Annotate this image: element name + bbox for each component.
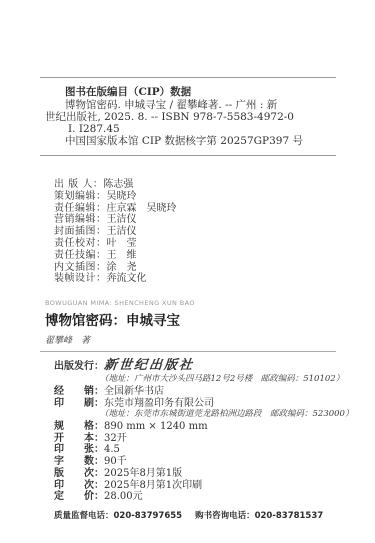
staff-row: 责任编辑：庄京霖 吴晓玲 (54, 203, 336, 215)
title-block: BOWUGUAN MIMA: SHENCHENG XUN BAO 博物馆密码：申… (45, 299, 336, 346)
publishing-row: 版 次：2025年8月第1版 (54, 468, 336, 480)
cip-line: Ⅰ. I287.45 (68, 123, 336, 135)
staff-person-name: 王 维 (107, 250, 137, 261)
staff-person-name: 吴晓玲 (107, 191, 137, 202)
book-title: 博物馆密码：申城寻宝 (45, 309, 336, 329)
publishing-field-value: 2025年8月第1版 (104, 468, 182, 479)
title-pinyin: BOWUGUAN MIMA: SHENCHENG XUN BAO (45, 299, 336, 307)
address-line: （地址：广州市大沙头四马路12号2号楼 邮政编码：510102） (100, 374, 336, 386)
copyright-page: 图书在版编目（CIP）数据 博物馆密码. 申城寻宝 / 翟攀峰著. -- 广州 … (0, 0, 375, 543)
publishing-row: 出版发行：新世纪出版社 (54, 358, 336, 374)
staff-person-name: 奔流文化 (107, 273, 147, 284)
staff-role-label: 责任技编： (54, 250, 107, 261)
staff-row: 营销编辑：王洁仪 (54, 214, 336, 226)
staff-role-label: 责任校对： (54, 238, 107, 249)
staff-role-label: 责任编辑： (54, 203, 107, 214)
cip-line: 博物馆密码. 申城寻宝 / 翟攀峰著. -- 广州 : 新 (65, 99, 336, 111)
staff-role-label: 内文插图： (54, 262, 107, 273)
publishing-field-label: 经 销： (54, 386, 104, 397)
page-content: 图书在版编目（CIP）数据 博物馆密码. 申城寻宝 / 翟攀峰著. -- 广州 … (40, 0, 336, 521)
staff-person-name: 涂 尧 (107, 262, 137, 273)
publishing-field-value: 90千 (104, 456, 127, 467)
publishing-field-label: 印 张： (54, 444, 104, 455)
cip-line: 世纪出版社, 2025. 8. -- ISBN 978-7-5583-4972-… (45, 111, 336, 123)
publishing-row: 字 数：90千 (54, 456, 336, 468)
author-line: 翟攀峰 著 (45, 333, 336, 346)
publishing-field-label: 字 数： (54, 456, 104, 467)
publishing-field-value: 东莞市翔盈印务有限公司 (104, 398, 214, 409)
publishing-row: 印 刷：东莞市翔盈印务有限公司 (54, 398, 336, 410)
publishing-row: 印 次：2025年8月第1次印刷 (54, 480, 336, 492)
staff-row: 封面插图：王洁仪 (54, 226, 336, 238)
publishing-field-value: 全国新华书店 (104, 386, 164, 397)
publishing-field-value: 890 mm × 1240 mm (104, 421, 208, 432)
publishing-field-value: 28.00元 (104, 491, 143, 502)
cip-line: 中国国家版本馆 CIP 数据核字第 20257GP397 号 (65, 135, 336, 147)
publishing-field-value: 32开 (104, 433, 127, 444)
publishing-row: 经 销：全国新华书店 (54, 386, 336, 398)
publishing-field-label: 开 本： (54, 433, 104, 444)
staff-person-name: 王洁仪 (107, 226, 137, 237)
publishing-field-label: 印 次： (54, 480, 104, 491)
staff-person-name: 陈志强 (103, 179, 133, 190)
top-spacer (40, 0, 336, 77)
staff-person-name: 庄京霖 吴晓玲 (107, 203, 177, 214)
cip-bottom-divider (40, 155, 336, 156)
staff-role-label: 装帧设计： (54, 273, 107, 284)
publishing-field-label: 印 刷： (54, 398, 104, 409)
staff-person-name: 王洁仪 (107, 214, 137, 225)
publishing-field-label: 版 次： (54, 468, 104, 479)
purchase-phone: 购书咨询电话：020-83781537 (195, 511, 323, 521)
staff-list: 出 版 人：陈志强策划编辑：吴晓玲责任编辑：庄京霖 吴晓玲营销编辑：王洁仪封面插… (54, 179, 336, 285)
publishing-row: 开 本：32开 (54, 433, 336, 445)
staff-role-label: 营销编辑： (54, 214, 107, 225)
publisher-name-script: 新世纪出版社 (103, 358, 195, 374)
publishing-row: 印 张：4.5 (54, 444, 336, 456)
staff-role-label: 出 版 人： (54, 179, 103, 190)
publishing-field-value: 4.5 (104, 444, 120, 455)
staff-row: 策划编辑：吴晓玲 (54, 191, 336, 203)
footer-phones: 质量监督电话：020-83797655购书咨询电话：020-83781537 (54, 509, 336, 521)
quality-phone: 质量监督电话：020-83797655 (54, 511, 182, 521)
staff-role-label: 封面插图： (54, 226, 107, 237)
publishing-info: 出版发行：新世纪出版社（地址：广州市大沙头四马路12号2号楼 邮政编码：5101… (54, 358, 336, 503)
cip-block: 图书在版编目（CIP）数据 博物馆密码. 申城寻宝 / 翟攀峰著. -- 广州 … (40, 78, 336, 155)
cip-heading: 图书在版编目（CIP）数据 (65, 86, 336, 98)
staff-person-name: 叶 莹 (107, 238, 137, 249)
staff-row: 责任校对：叶 莹 (54, 238, 336, 250)
publishing-field-label: 规 格： (54, 421, 104, 432)
staff-row: 出 版 人：陈志强 (54, 179, 336, 191)
title-bottom-divider (40, 351, 336, 352)
address-line: （地址：东莞市东城街道莞龙路柏洲边路段 邮政编码：523000） (100, 409, 336, 421)
staff-row: 责任技编：王 维 (54, 250, 336, 262)
publishing-field-value: 2025年8月第1次印刷 (104, 480, 202, 491)
publishing-field-label: 定 价： (54, 491, 104, 502)
staff-role-label: 策划编辑： (54, 191, 107, 202)
staff-row: 内文插图：涂 尧 (54, 262, 336, 274)
publishing-field-label: 出版发行： (54, 361, 104, 372)
publishing-row: 规 格：890 mm × 1240 mm (54, 421, 336, 433)
publishing-row: 定 价：28.00元 (54, 491, 336, 503)
staff-row: 装帧设计：奔流文化 (54, 273, 336, 285)
